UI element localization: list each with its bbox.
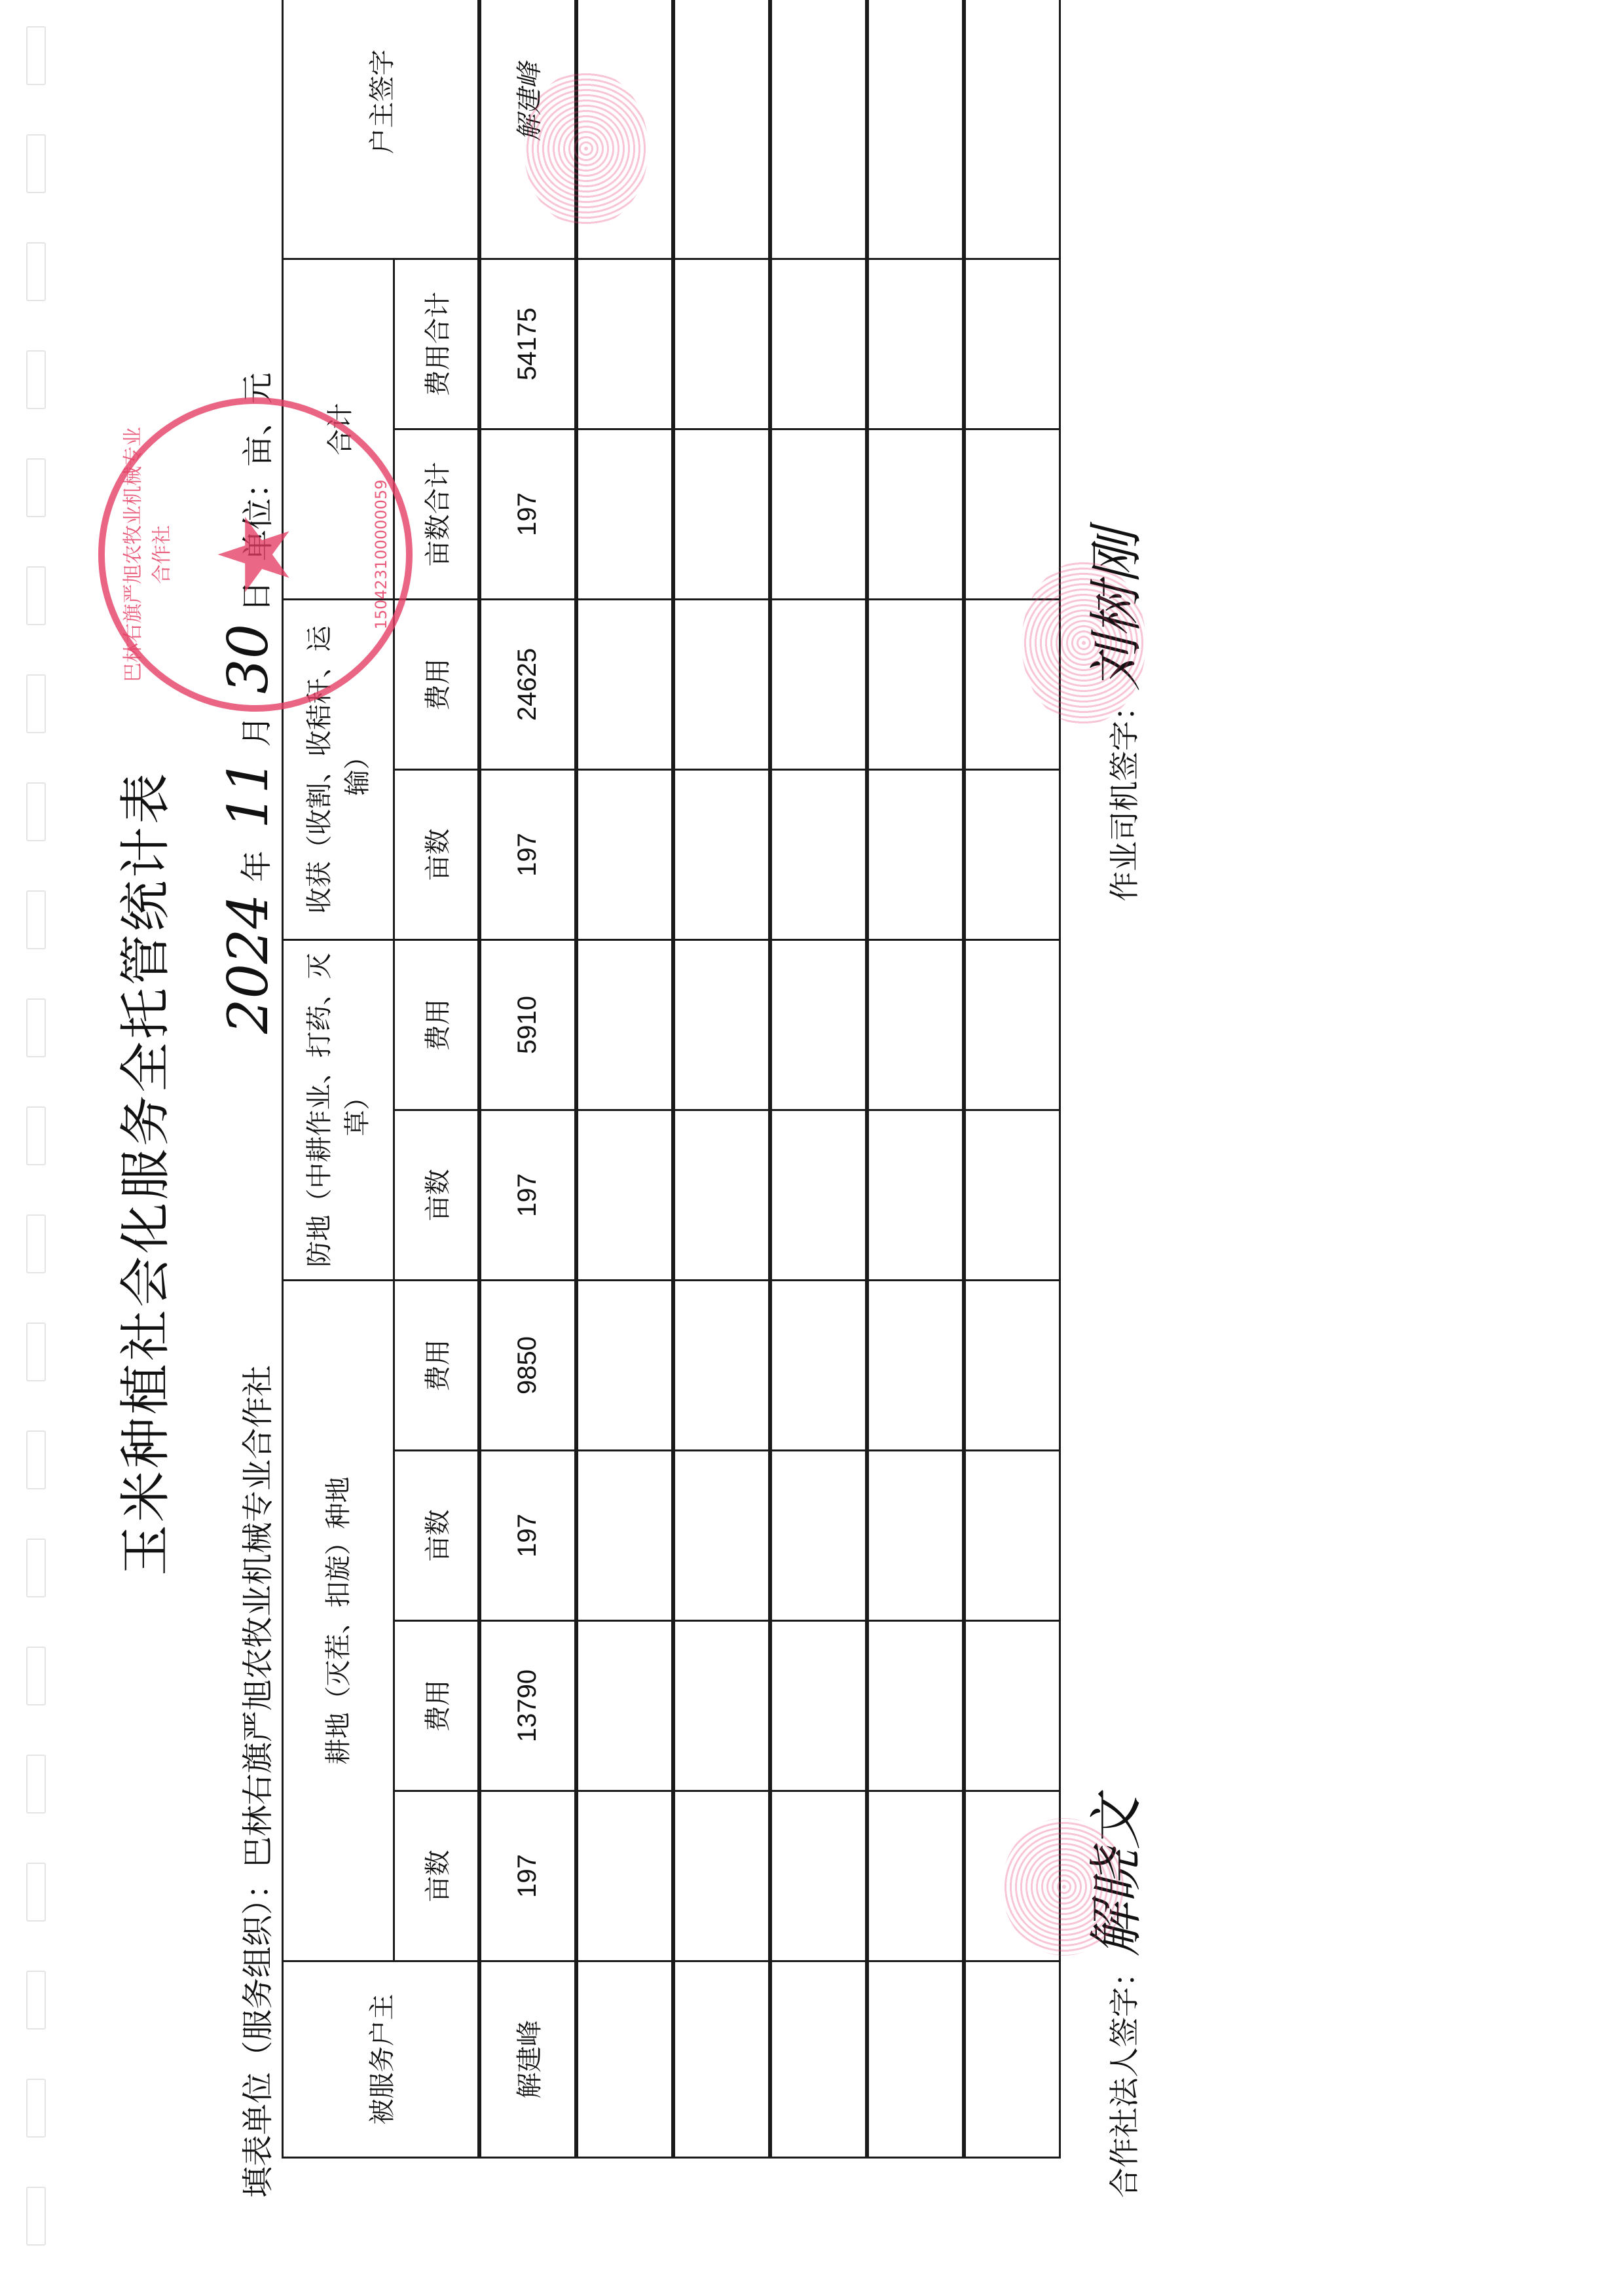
cell-total-fee — [770, 259, 867, 429]
cell-protect-fee — [770, 940, 867, 1110]
cell-protect-mu — [673, 1110, 770, 1281]
cell-household — [770, 1961, 867, 2158]
header-household: 被服务户主 — [283, 1961, 479, 2158]
date-year-unit: 年 — [238, 850, 275, 882]
cell-sow-fee — [673, 1281, 770, 1451]
cell-sow-fee — [576, 1281, 673, 1451]
cell-total-mu — [867, 429, 964, 600]
table-row — [867, 0, 964, 2158]
cell-total-mu — [964, 429, 1060, 600]
cell-plough-fee — [964, 1621, 1060, 1791]
cell-protect-mu — [576, 1110, 673, 1281]
cell-total-fee: 54175 — [479, 259, 576, 429]
legal-rep-signature-label: 合作社法人签字： — [1107, 1957, 1142, 2198]
star-icon: ★ — [198, 511, 312, 598]
filler-value: 巴林右旗严旭农牧业机械专业合作社 — [240, 1365, 276, 1868]
cell-total-fee — [867, 259, 964, 429]
header-protect-fee: 费用 — [394, 940, 479, 1110]
header-total-fee: 费用合计 — [394, 259, 479, 429]
header-sow-fee: 费用 — [394, 1281, 479, 1451]
cell-harvest-mu — [770, 770, 867, 940]
filler-unit: 填表单位（服务组织）：巴林右旗严旭农牧业机械专业合作社 — [232, 1365, 278, 2198]
cell-harvest-fee — [673, 600, 770, 770]
statistics-form-page: 玉米种植社会化服务全托管统计表 填表单位（服务组织）：巴林右旗严旭农牧业机械专业… — [0, 0, 1624, 2296]
cell-sow-mu — [673, 1451, 770, 1621]
cell-protect-mu: 197 — [479, 1110, 576, 1281]
header-plough-fee: 费用 — [394, 1621, 479, 1791]
header-sub-row: 亩数 费用 亩数 费用 亩数 费用 亩数 费用 亩数合计 费用合计 — [394, 0, 479, 2158]
cell-household — [576, 1961, 673, 2158]
cell-plough-fee — [576, 1621, 673, 1791]
seal-code: 150423100000059 — [372, 404, 390, 705]
filler-label: 填表单位（服务组织）： — [240, 1868, 276, 2198]
header-harvest-fee: 费用 — [394, 600, 479, 770]
cell-protect-fee: 5910 — [479, 940, 576, 1110]
header-protect: 防地（中耕作业、打药、灭草） — [283, 940, 394, 1281]
date-year: 2024 — [216, 894, 280, 1034]
cell-total-mu: 197 — [479, 429, 576, 600]
cell-protect-fee — [673, 940, 770, 1110]
cell-total-fee — [673, 259, 770, 429]
cell-protect-fee — [576, 940, 673, 1110]
header-protect-mu: 亩数 — [394, 1110, 479, 1281]
cell-total-fee — [964, 259, 1060, 429]
cell-plough-mu — [770, 1791, 867, 1961]
cell-signature — [770, 0, 867, 259]
cell-sow-mu — [576, 1451, 673, 1621]
cell-harvest-fee — [576, 600, 673, 770]
cell-protect-fee — [867, 940, 964, 1110]
cell-household — [867, 1961, 964, 2158]
cell-harvest-mu — [576, 770, 673, 940]
cell-sow-mu: 197 — [479, 1451, 576, 1621]
cell-protect-mu — [964, 1110, 1060, 1281]
header-signature: 户主签字 — [283, 0, 479, 259]
cell-signature — [673, 0, 770, 259]
cell-signature — [964, 0, 1060, 259]
cell-protect-fee — [964, 940, 1060, 1110]
cell-harvest-mu — [867, 770, 964, 940]
cell-protect-mu — [867, 1110, 964, 1281]
thumbprint-driver — [1022, 561, 1146, 725]
cell-plough-mu — [576, 1791, 673, 1961]
cell-sow-fee — [867, 1281, 964, 1451]
header-sow-mu: 亩数 — [394, 1451, 479, 1621]
cell-plough-fee: 13790 — [479, 1621, 576, 1791]
seal-text: 巴林右旗严旭农牧业机械专业合作社 — [117, 424, 174, 685]
cell-sow-mu — [964, 1451, 1060, 1621]
cell-household — [964, 1961, 1060, 2158]
cell-harvest-fee: 24625 — [479, 600, 576, 770]
cell-harvest-fee — [770, 600, 867, 770]
cooperative-seal: 巴林右旗严旭农牧业机械专业合作社 ★ 150423100000059 — [98, 397, 413, 712]
cell-plough-fee — [770, 1621, 867, 1791]
cell-plough-fee — [867, 1621, 964, 1791]
cell-plough-fee — [673, 1621, 770, 1791]
header-plough-mu: 亩数 — [394, 1791, 479, 1961]
cell-total-mu — [770, 429, 867, 600]
cell-sow-mu — [770, 1451, 867, 1621]
table-row — [576, 0, 673, 2158]
cell-total-fee — [576, 259, 673, 429]
cell-harvest-mu — [673, 770, 770, 940]
cell-household — [673, 1961, 770, 2158]
cell-protect-mu — [770, 1110, 867, 1281]
cell-signature — [867, 0, 964, 259]
cell-sow-fee: 9850 — [479, 1281, 576, 1451]
cell-total-mu — [576, 429, 673, 600]
cell-sow-mu — [867, 1451, 964, 1621]
driver-signature-label: 作业司机签字： — [1107, 691, 1142, 902]
cell-plough-mu — [867, 1791, 964, 1961]
cell-plough-mu — [673, 1791, 770, 1961]
date-month: 11 — [216, 759, 280, 829]
header-group-row: 被服务户主 耕地（灭茬、扣旋）种地 防地（中耕作业、打药、灭草） 收获（收割、收… — [283, 0, 394, 2158]
cell-plough-mu: 197 — [479, 1791, 576, 1961]
cell-household: 解建峰 — [479, 1961, 576, 2158]
cell-total-mu — [673, 429, 770, 600]
cell-sow-fee — [964, 1281, 1060, 1451]
header-harvest-mu: 亩数 — [394, 770, 479, 940]
table-row — [770, 0, 867, 2158]
statistics-table: 被服务户主 耕地（灭茬、扣旋）种地 防地（中耕作业、打药、灭草） 收获（收割、收… — [282, 0, 1061, 2159]
cell-harvest-mu: 197 — [479, 770, 576, 940]
date-month-unit: 月 — [238, 716, 275, 747]
table-row: 解建峰1971379019798501975910197246251975417… — [479, 0, 576, 2158]
table-row — [673, 0, 770, 2158]
thumbprint-legal-rep — [1002, 1818, 1126, 1956]
cell-harvest-fee — [867, 600, 964, 770]
thumbprint-household — [524, 70, 648, 227]
cell-sow-fee — [770, 1281, 867, 1451]
header-plough-sow: 耕地（灭茬、扣旋）种地 — [283, 1281, 394, 1961]
cell-harvest-mu — [964, 770, 1060, 940]
